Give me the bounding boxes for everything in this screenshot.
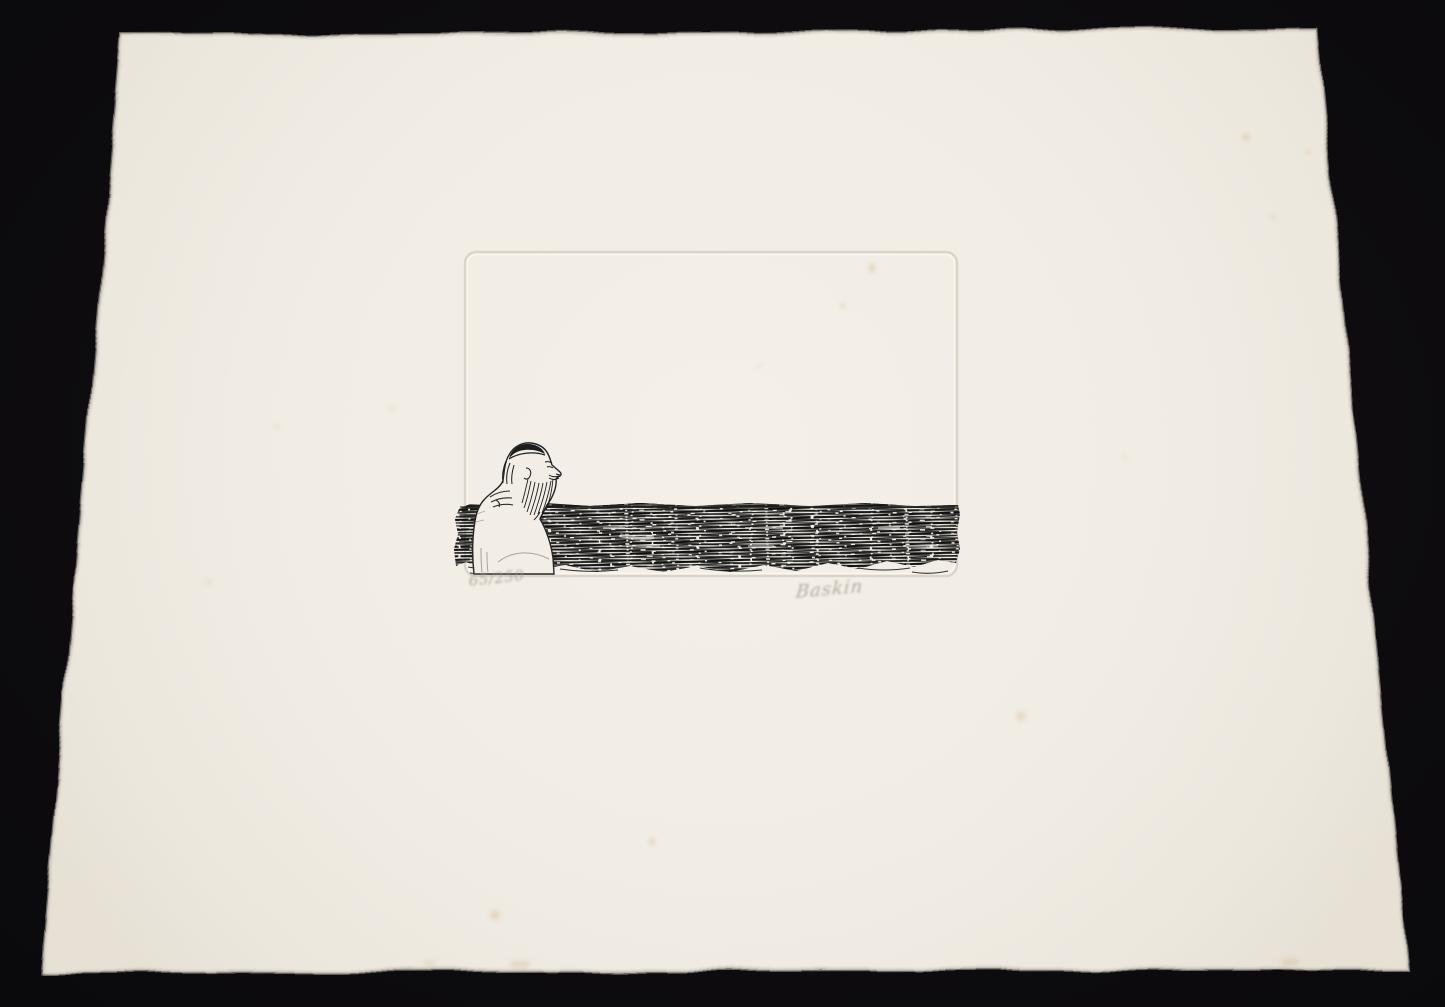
foxing-spot (490, 910, 500, 920)
foxing-spot (1270, 214, 1276, 220)
artwork-photo: 65/250 Baskin (0, 0, 1445, 1007)
foxing-spot (1016, 711, 1026, 721)
foxing-spot (1305, 149, 1311, 155)
foxing-spot (1281, 958, 1299, 966)
foxing-spot (1122, 454, 1128, 460)
foxing-spot (648, 838, 656, 846)
foxing-spot (840, 303, 846, 309)
foxing-spot (423, 960, 437, 966)
foxing-spot (389, 407, 395, 413)
paper-sheet (42, 30, 1406, 971)
foxing-spot (868, 264, 876, 272)
paper-surface (42, 30, 1406, 971)
foxing-spot (205, 578, 211, 584)
foxing-spot (1242, 133, 1250, 141)
photo-backdrop: 65/250 Baskin (0, 0, 1445, 1007)
foxing-spot (757, 362, 762, 367)
foxing-spot (274, 424, 280, 430)
foxing-spot (509, 960, 531, 968)
